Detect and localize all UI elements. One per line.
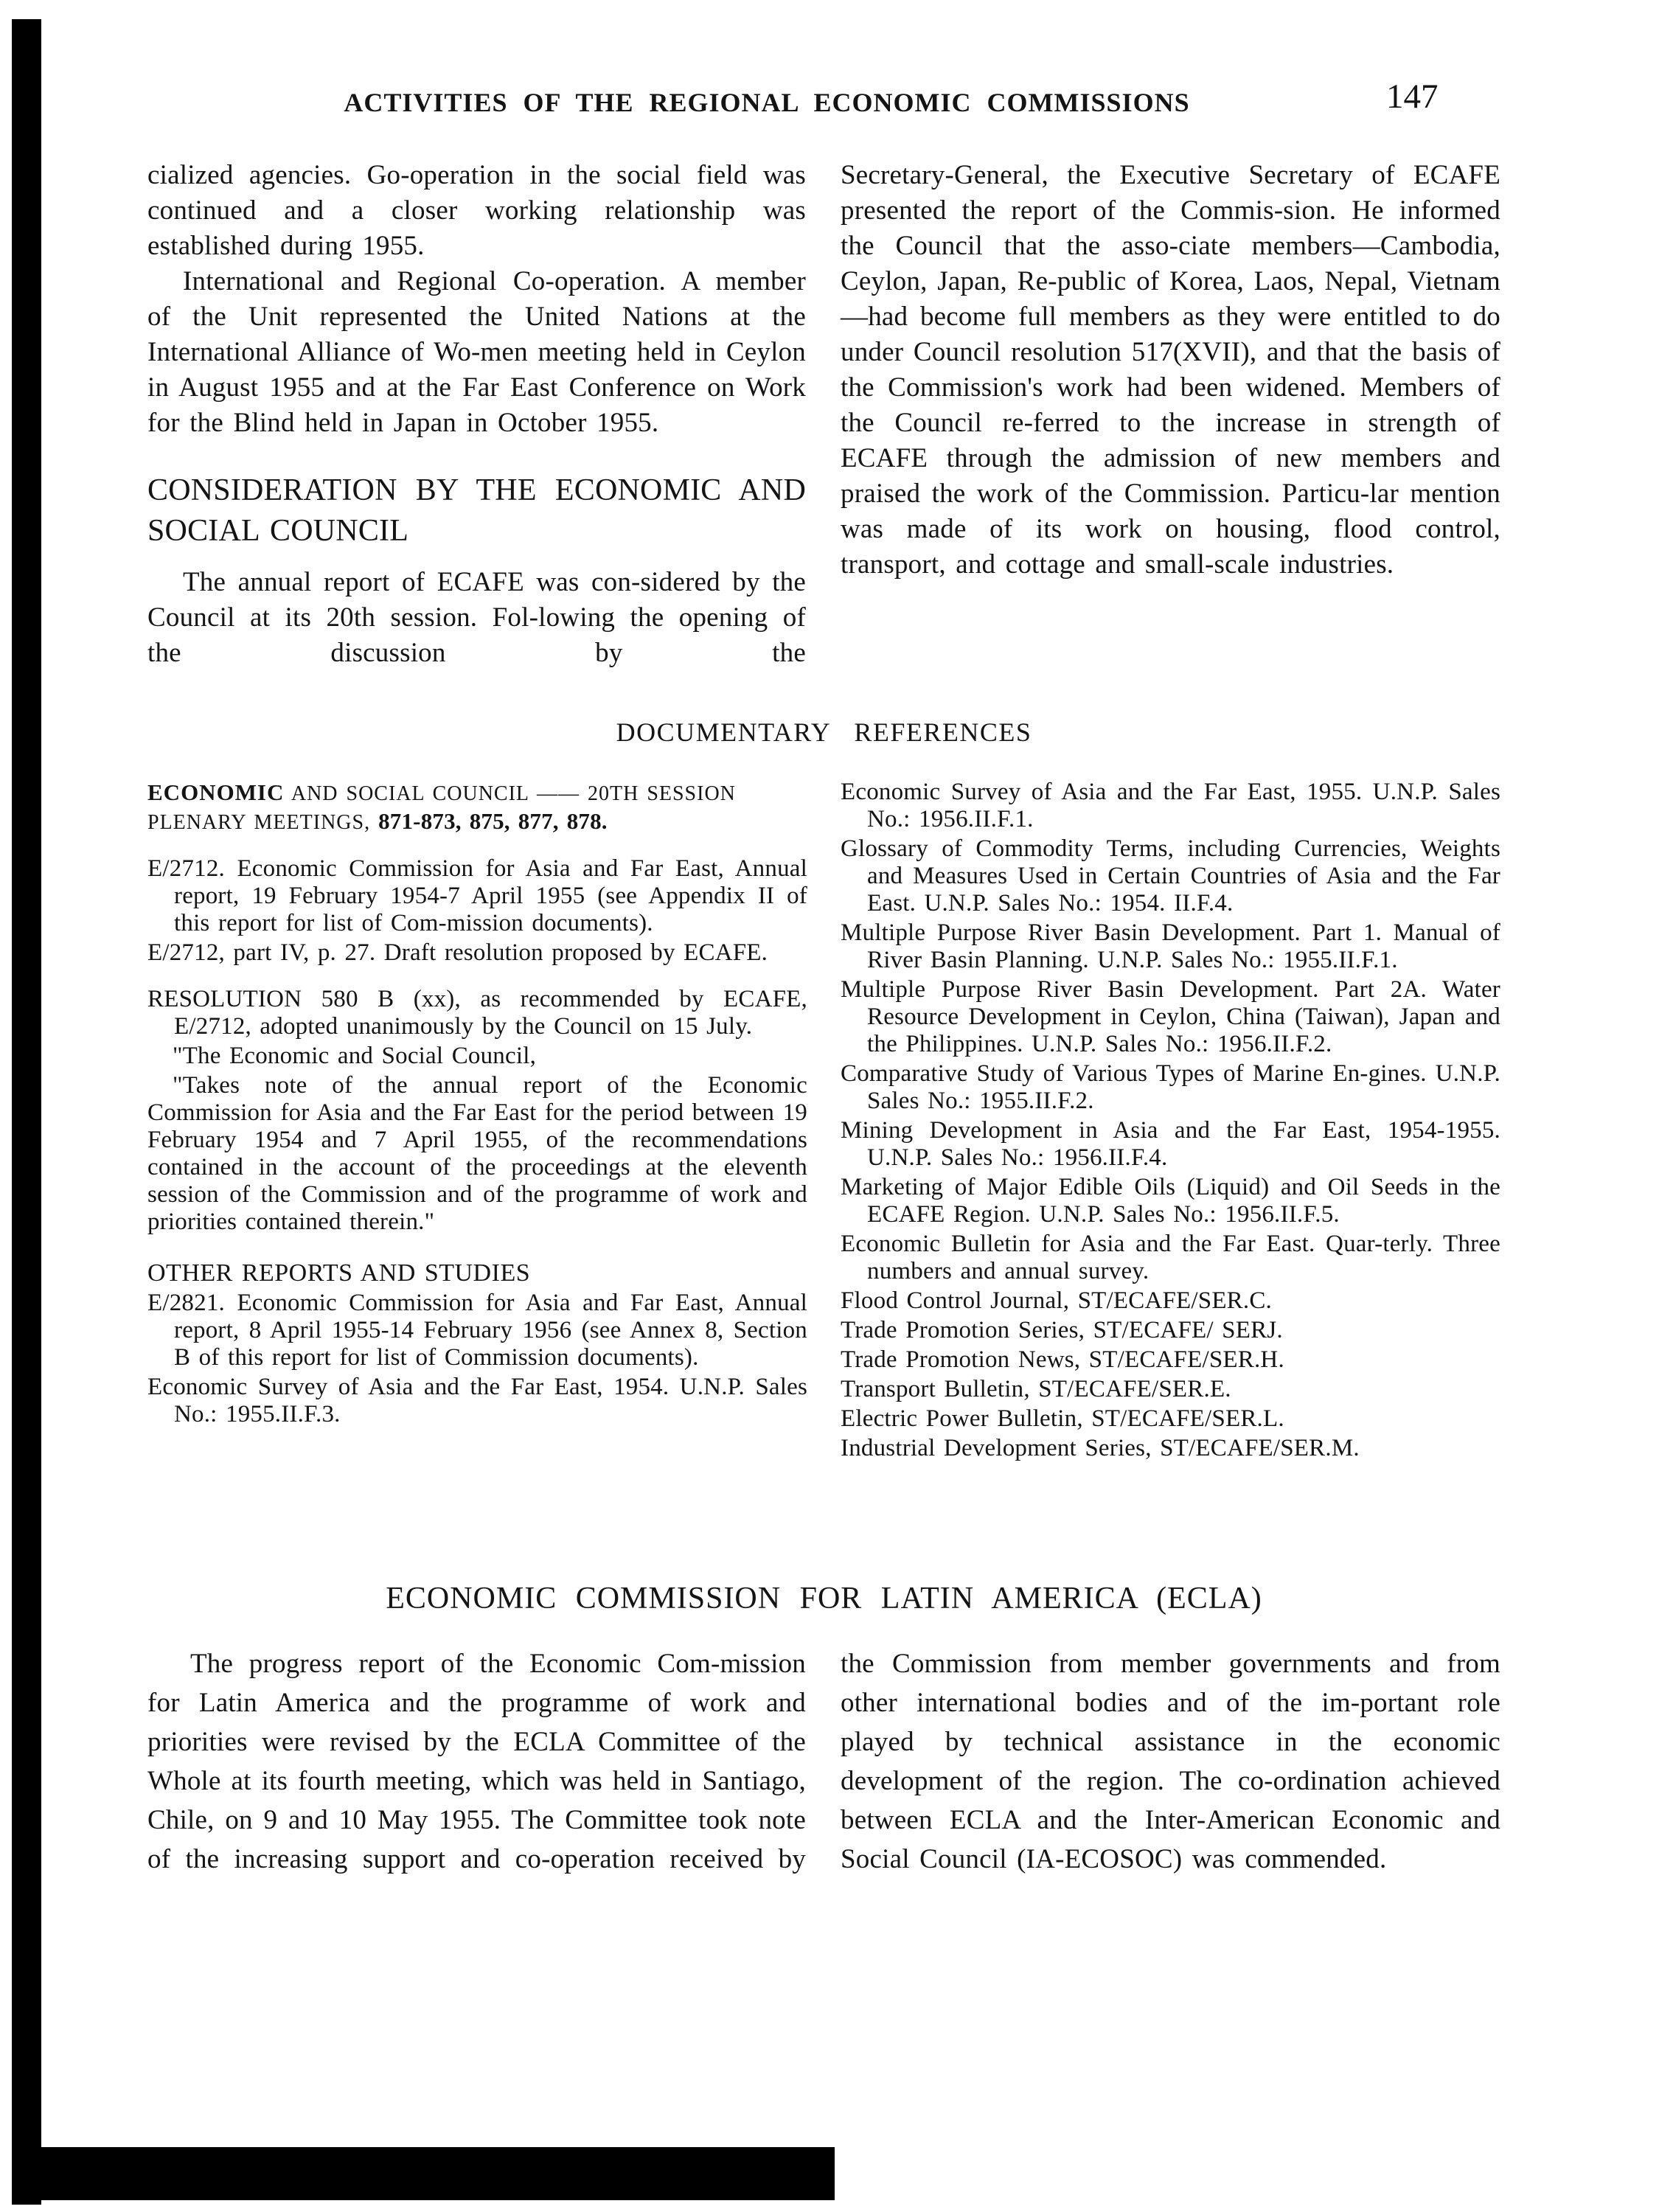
reference-entry: Economic Survey of Asia and the Far East…	[841, 779, 1500, 833]
section-heading-consideration: CONSIDERATION BY THE ECONOMIC AND SOCIAL…	[147, 470, 806, 552]
body-paragraph: the Commission from member governments a…	[841, 1644, 1500, 1879]
reference-entry: Trade Promotion News, ST/ECAFE/SER.H.	[841, 1346, 1500, 1374]
session-line-word1: ECONOMIC	[147, 779, 284, 805]
reference-entry: Flood Control Journal, ST/ECAFE/SER.C.	[841, 1287, 1500, 1315]
reference-entry: RESOLUTION 580 B (xx), as recommended by…	[147, 986, 807, 1040]
resolution-quote-body: "Takes note of the annual report of the …	[147, 1072, 807, 1236]
reference-entry: Industrial Development Series, ST/ECAFE/…	[841, 1435, 1500, 1462]
session-line-numbers: 871-873, 875, 877, 878.	[378, 808, 608, 834]
reference-entry: Transport Bulletin, ST/ECAFE/SER.E.	[841, 1376, 1500, 1403]
intro-column-right: Secretary-General, the Executive Secreta…	[841, 158, 1500, 582]
body-paragraph: International and Regional Co-operation.…	[147, 264, 806, 441]
body-paragraph: Secretary-General, the Executive Secreta…	[841, 158, 1500, 582]
page-number: 147	[1386, 77, 1439, 116]
section-heading-other-reports: OTHER REPORTS AND STUDIES	[147, 1259, 807, 1287]
reference-entry: Trade Promotion Series, ST/ECAFE/ SERJ.	[841, 1317, 1500, 1344]
session-line-plenary: PLENARY MEETINGS,	[147, 811, 378, 834]
docrefs-column-right: Economic Survey of Asia and the Far East…	[841, 779, 1500, 1464]
docrefs-column-left: ECONOMIC AND SOCIAL COUNCIL —— 20TH SESS…	[147, 779, 807, 1430]
running-header: ACTIVITIES OF THE REGIONAL ECONOMIC COMM…	[147, 87, 1386, 118]
scan-artifact-left-bar	[12, 19, 41, 2205]
reference-entry: E/2712. Economic Commission for Asia and…	[147, 855, 807, 937]
reference-entry: Economic Bulletin for Asia and the Far E…	[841, 1231, 1500, 1285]
session-line: ECONOMIC AND SOCIAL COUNCIL —— 20TH SESS…	[147, 779, 807, 836]
body-paragraph: cialized agencies. Go-operation in the s…	[147, 158, 806, 264]
reference-entry: E/2821. Economic Commission for Asia and…	[147, 1290, 807, 1371]
session-line-rest: AND SOCIAL COUNCIL —— 20TH SESSION	[284, 782, 736, 805]
reference-entry: Multiple Purpose River Basin Development…	[841, 976, 1500, 1058]
reference-entry: E/2712, part IV, p. 27. Draft resolution…	[147, 939, 807, 967]
section-heading-documentary-references: DOCUMENTARY REFERENCES	[147, 717, 1500, 748]
body-paragraph: The progress report of the Economic Com-…	[147, 1644, 806, 1879]
ecla-column-right: the Commission from member governments a…	[841, 1644, 1500, 1879]
ecla-column-left: The progress report of the Economic Com-…	[147, 1644, 806, 1879]
reference-entry: Economic Survey of Asia and the Far East…	[147, 1374, 807, 1428]
body-paragraph: The annual report of ECAFE was con-sider…	[147, 565, 806, 671]
document-page: ACTIVITIES OF THE REGIONAL ECONOMIC COMM…	[0, 0, 1659, 2212]
reference-entry: Electric Power Bulletin, ST/ECAFE/SER.L.	[841, 1405, 1500, 1433]
scan-artifact-bottom-bar	[38, 2147, 835, 2200]
reference-entry: Glossary of Commodity Terms, including C…	[841, 835, 1500, 917]
section-heading-ecla: ECONOMIC COMMISSION FOR LATIN AMERICA (E…	[147, 1581, 1500, 1616]
reference-entry: Comparative Study of Various Types of Ma…	[841, 1060, 1500, 1115]
reference-entry: Multiple Purpose River Basin Development…	[841, 919, 1500, 974]
intro-column-left: cialized agencies. Go-operation in the s…	[147, 158, 806, 671]
reference-entry: Marketing of Major Edible Oils (Liquid) …	[841, 1174, 1500, 1228]
reference-entry: Mining Development in Asia and the Far E…	[841, 1117, 1500, 1172]
resolution-quote-opening: "The Economic and Social Council,	[147, 1043, 807, 1070]
